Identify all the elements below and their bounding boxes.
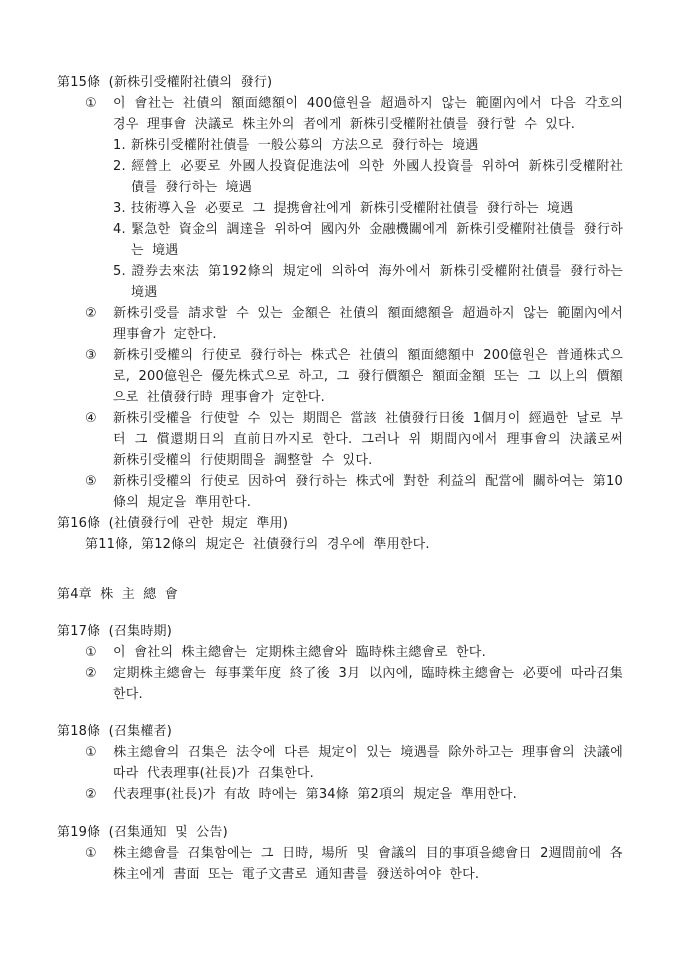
clause-text: 株主總會의 召集은 法令에 다른 規定이 있는 境遇를 除外하고는 理事會의 決…	[113, 745, 623, 781]
clause-marker: ②	[85, 303, 113, 324]
article-16: 第16條 (社債發行에 관한 規定 準用) 第11條, 第12條의 規定은 社債…	[57, 513, 623, 555]
clause-text: 이 會社의 株主總會는 定期株主總會와 臨時株主總會로 한다.	[113, 645, 486, 660]
list-item-text: 經營上 必要로 外國人投資促進法에 의한 外國人投資를 위하여 新株引受權附社債…	[131, 159, 623, 195]
article-heading: 第18條 (召集權者)	[57, 721, 623, 742]
article-15: 第15條 (新株引受權附社債의 發行) ①이 會社는 社債의 額面總額이 400…	[57, 72, 623, 513]
list-item: 3.技術導入을 必要로 그 提携會社에게 新株引受權附社債를 發行하는 境遇	[57, 198, 623, 219]
clause-marker: ②	[85, 663, 113, 684]
list-item: 2.經營上 必要로 外國人投資促進法에 의한 外國人投資를 위하여 新株引受權附…	[57, 156, 623, 198]
list-item-text: 緊急한 資金의 調達을 위하여 國內外 金融機關에게 新株引受權附社債를 發行하…	[131, 222, 623, 258]
clause: ④新株引受權을 行使할 수 있는 期間은 當該 社債發行日後 1個月이 經過한 …	[57, 408, 623, 471]
list-item: 1.新株引受權附社債를 一般公募의 方法으로 發行하는 境遇	[57, 135, 623, 156]
clause-marker: ④	[85, 408, 113, 429]
clause-text: 定期株主總會는 每事業年度 終了後 3月 以內에, 臨時株主總會는 必要에 따라…	[113, 666, 623, 702]
clause-marker: ①	[85, 93, 113, 114]
list-item-marker: 3.	[113, 198, 131, 219]
article-heading: 第17條 (召集時期)	[57, 621, 623, 642]
clause: ①이 會社의 株主總會는 定期株主總會와 臨時株主總會로 한다.	[57, 642, 623, 663]
list-item-marker: 1.	[113, 135, 131, 156]
article-19: 第19條 (召集通知 및 公告) ①株主總會를 召集함에는 그 日時, 場所 및…	[57, 822, 623, 885]
clause-text: 新株引受權을 行使할 수 있는 期間은 當該 社債發行日後 1個月이 經過한 날…	[113, 411, 623, 468]
clause-text: 代表理事(社長)가 有故 時에는 第34條 第2項의 規定을 準用한다.	[113, 787, 517, 802]
list-item-text: 技術導入을 必要로 그 提携會社에게 新株引受權附社債를 發行하는 境遇	[131, 201, 573, 216]
clause: ②定期株主總會는 每事業年度 終了後 3月 以內에, 臨時株主總會는 必要에 따…	[57, 663, 623, 705]
article-heading: 第19條 (召集通知 및 公告)	[57, 822, 623, 843]
clause-marker: ①	[85, 642, 113, 663]
list-item: 4.緊急한 資金의 調達을 위하여 國內外 金融機關에게 新株引受權附社債를 發…	[57, 219, 623, 261]
clause-text: 이 會社는 社債의 額面總額이 400億원을 超過하지 않는 範圍內에서 다음 …	[113, 96, 623, 132]
clause-marker: ⑤	[85, 471, 113, 492]
article-17: 第17條 (召集時期) ①이 會社의 株主總會는 定期株主總會와 臨時株主總會로…	[57, 621, 623, 705]
clause-text: 新株引受權의 行使로 因하여 發行하는 株式에 對한 利益의 配當에 關하여는 …	[113, 474, 623, 510]
list-item-marker: 5.	[113, 261, 131, 282]
list-item-marker: 4.	[113, 219, 131, 240]
clause: ⑤新株引受權의 行使로 因하여 發行하는 株式에 對한 利益의 配當에 關하여는…	[57, 471, 623, 513]
list-item-marker: 2.	[113, 156, 131, 177]
clause-text: 株主總會를 召集함에는 그 日時, 場所 및 會議의 目的事項을總會日 2週間前…	[113, 846, 623, 882]
clause: ①이 會社는 社債의 額面總額이 400億원을 超過하지 않는 範圍內에서 다음…	[57, 93, 623, 135]
article-18: 第18條 (召集權者) ①株主總會의 召集은 法令에 다른 規定이 있는 境遇를…	[57, 721, 623, 805]
clause: ②代表理事(社長)가 有故 時에는 第34條 第2項의 規定을 準用한다.	[57, 784, 623, 805]
list-item-text: 證券去來法 第192條의 規定에 의하여 海外에서 新株引受權附社債를 發行하는…	[131, 264, 623, 300]
clause-text: 新株引受權의 行使로 發行하는 株式은 社債의 額面總額中 200億원은 普通株…	[113, 348, 623, 405]
clause-marker: ①	[85, 843, 113, 864]
clause-marker: ①	[85, 742, 113, 763]
clause-marker: ②	[85, 784, 113, 805]
clause: ①株主總會의 召集은 法令에 다른 規定이 있는 境遇를 除外하고는 理事會의 …	[57, 742, 623, 784]
article-body: 第11條, 第12條의 規定은 社債發行의 경우에 準用한다.	[57, 534, 623, 555]
clause: ③新株引受權의 行使로 發行하는 株式은 社債의 額面總額中 200億원은 普通…	[57, 345, 623, 408]
list-item-text: 新株引受權附社債를 一般公募의 方法으로 發行하는 境遇	[131, 138, 478, 153]
clause: ①株主總會를 召集함에는 그 日時, 場所 및 會議의 目的事項을總會日 2週間…	[57, 843, 623, 885]
chapter-heading: 第4章 株 主 總 會	[57, 584, 623, 605]
list-item: 5.證券去來法 第192條의 規定에 의하여 海外에서 新株引受權附社債를 發行…	[57, 261, 623, 303]
document-page: 第15條 (新株引受權附社債의 發行) ①이 會社는 社債의 額面總額이 400…	[0, 0, 680, 962]
clause-marker: ③	[85, 345, 113, 366]
article-heading: 第15條 (新株引受權附社債의 發行)	[57, 72, 623, 93]
clause: ②新株引受를 請求할 수 있는 金額은 社債의 額面總額을 超過하지 않는 範圍…	[57, 303, 623, 345]
clause-text: 新株引受를 請求할 수 있는 金額은 社債의 額面總額을 超過하지 않는 範圍內…	[113, 306, 623, 342]
article-heading: 第16條 (社債發行에 관한 規定 準用)	[57, 513, 623, 534]
